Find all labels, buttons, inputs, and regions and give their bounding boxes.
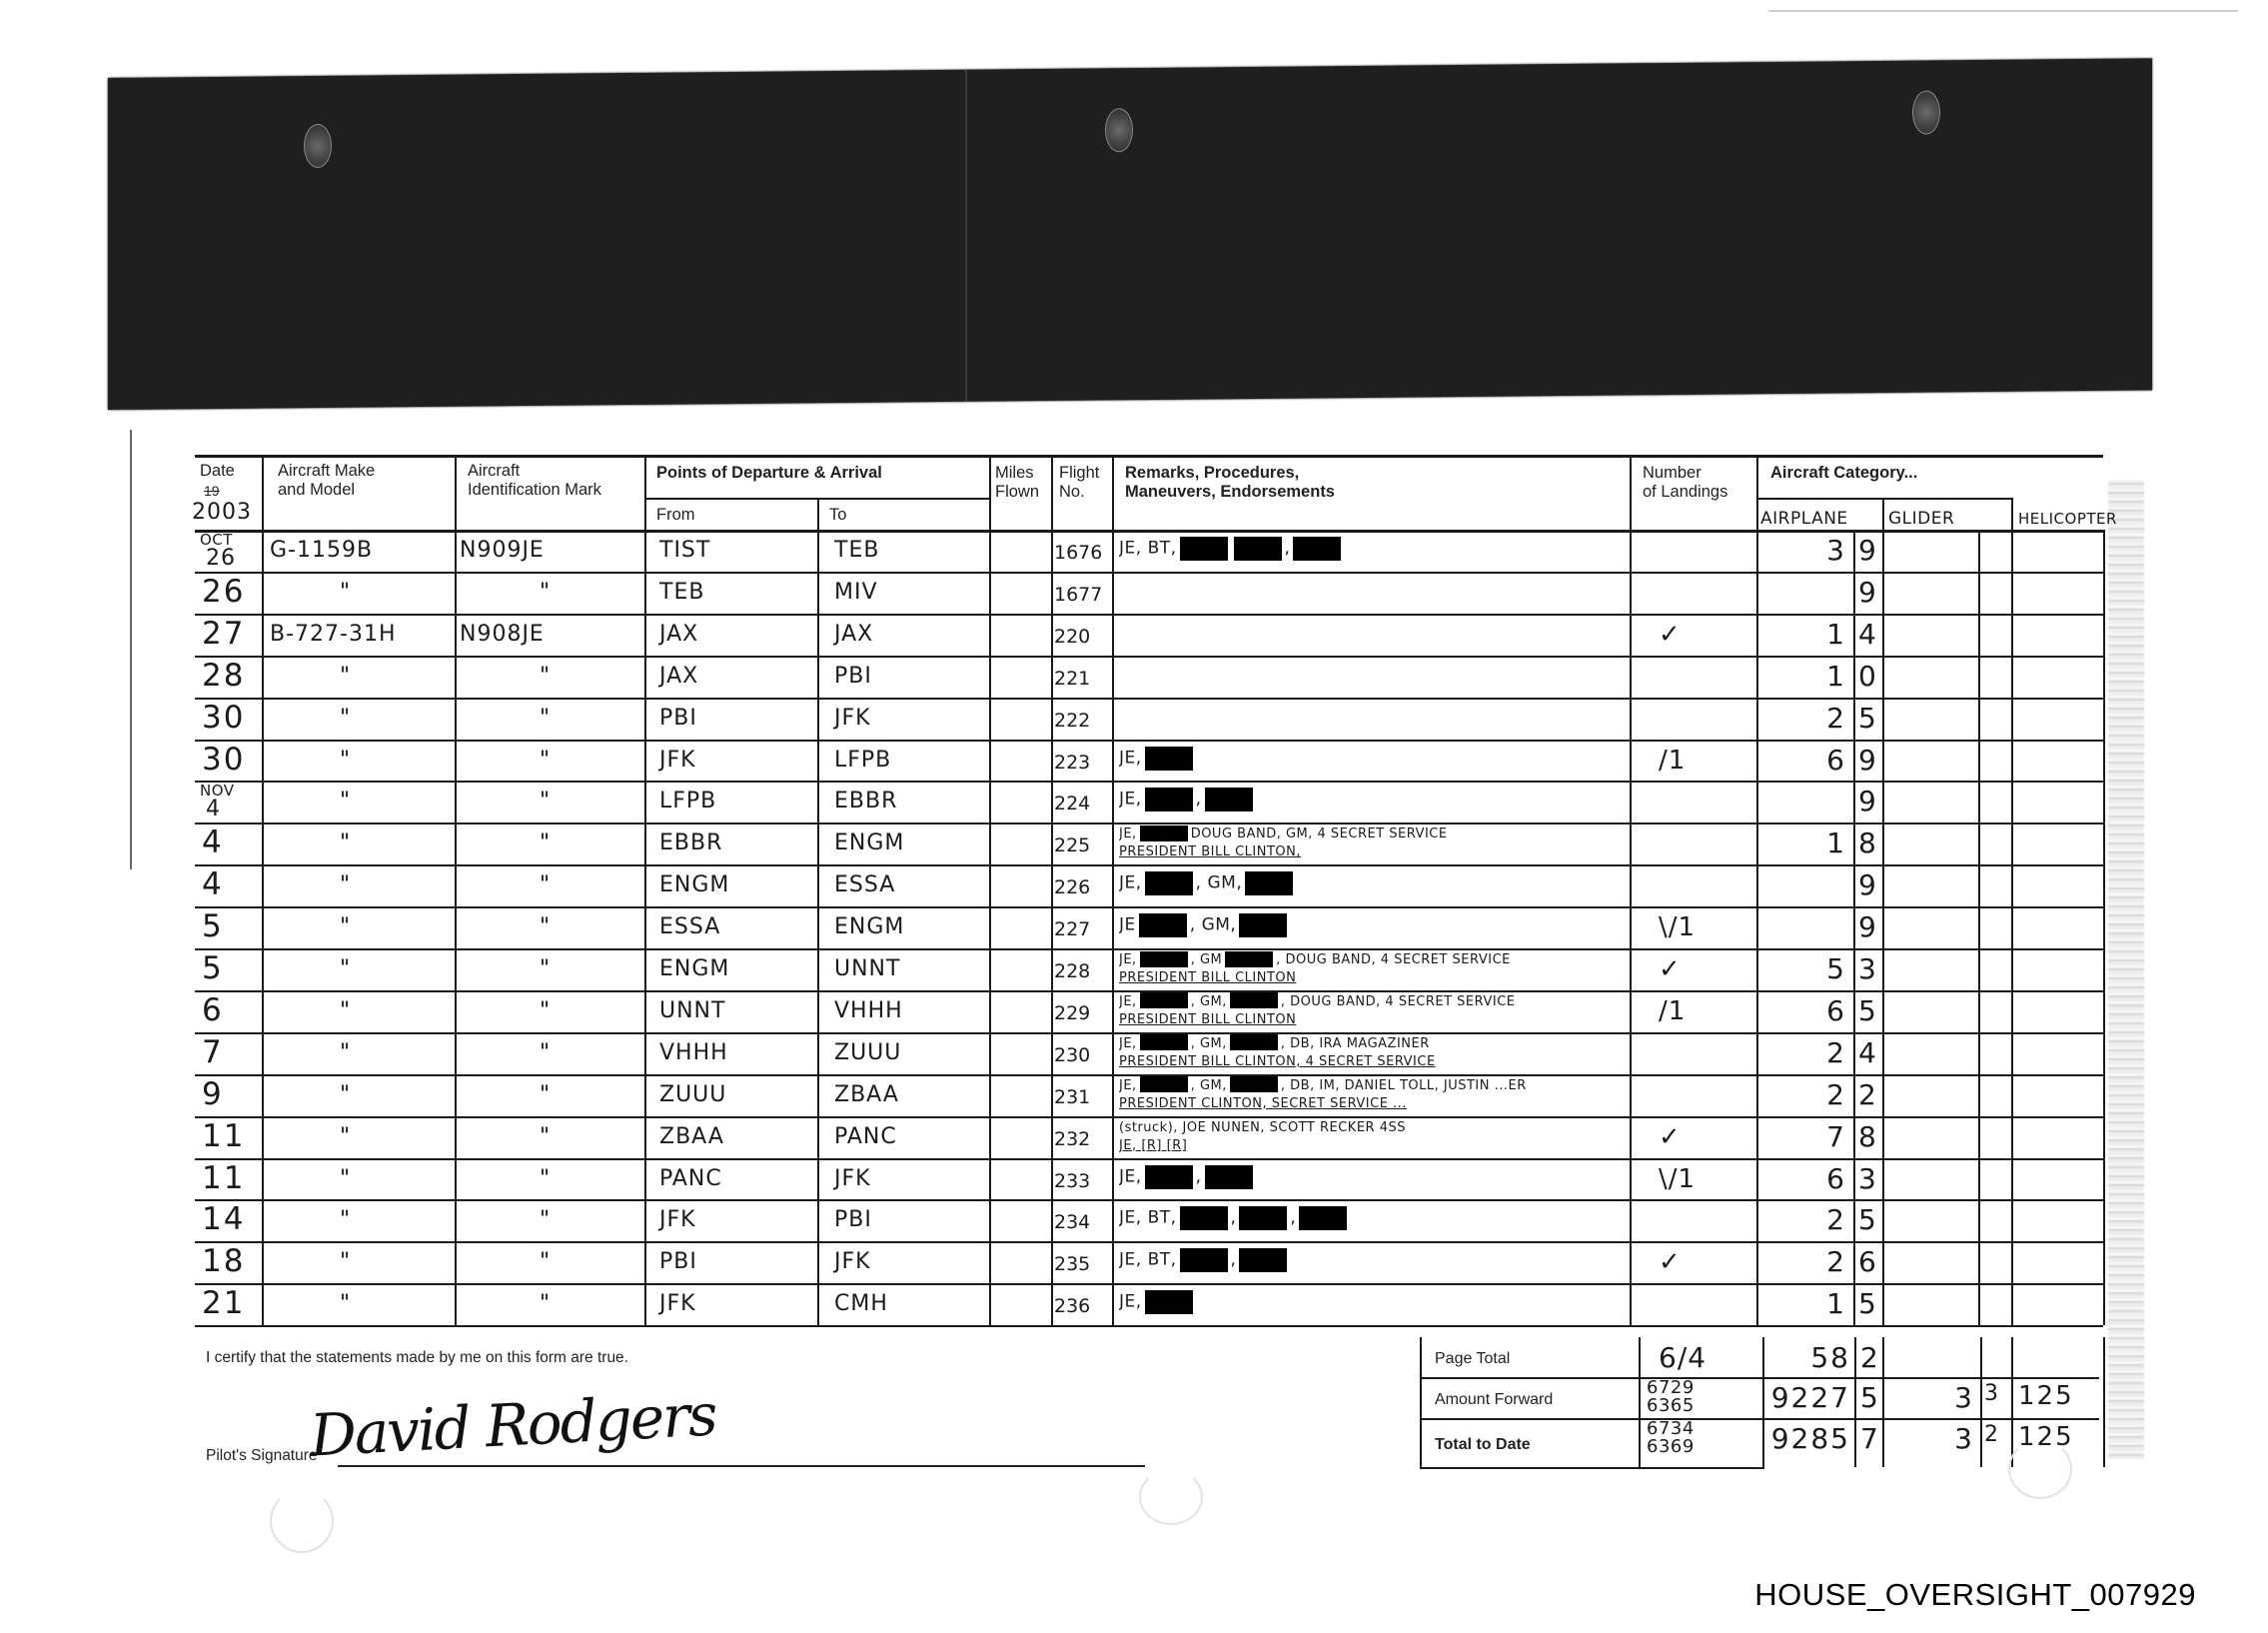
total-landings: 6/4 <box>1659 1341 1706 1374</box>
cell-landings: ✓ <box>1659 1247 1682 1277</box>
cell-ident-mark: " <box>540 872 551 897</box>
column-rule <box>1853 530 1855 1325</box>
redaction-block <box>1145 747 1193 771</box>
cell-airplane-tenths: 4 <box>1858 618 1878 651</box>
cell-airplane-tenths: 9 <box>1858 534 1878 567</box>
cell-airplane-hours: 2 <box>1758 1245 1846 1278</box>
totals-rule <box>1420 1337 1422 1467</box>
column-rule <box>1630 455 1632 1325</box>
header-make-model-1: Aircraft Make <box>278 462 375 481</box>
total-airplane-tenths: 2 <box>1860 1341 1880 1374</box>
cell-flight-no: 226 <box>1054 876 1090 898</box>
cell-to: JFK <box>834 1249 871 1274</box>
cell-date: 5 <box>202 950 224 986</box>
cell-from: EBBR <box>659 830 722 855</box>
header-remarks-2: Maneuvers, Endorsements <box>1125 483 1335 502</box>
total-airplane-hours: 9285 <box>1768 1422 1850 1455</box>
redaction-block <box>1293 537 1341 561</box>
cell-remarks: (struck), JOE NUNEN, SCOTT RECKER 4SSJE,… <box>1119 1117 1627 1155</box>
cell-from: JAX <box>659 622 698 647</box>
cell-to: CMH <box>834 1291 888 1316</box>
page-edge-shadow <box>2108 480 2144 1459</box>
cell-flight-no: 224 <box>1054 793 1090 815</box>
total-to-date-label: Total to Date <box>1435 1436 1531 1454</box>
total-glider-tenths: 2 <box>1984 1422 2000 1447</box>
cell-flight-no: 222 <box>1054 710 1090 732</box>
cell-ident-mark: " <box>540 830 551 855</box>
scan-artifact <box>2008 1439 2072 1499</box>
redaction-block <box>1239 913 1287 937</box>
cell-make-model: " <box>340 706 351 731</box>
cell-ident-mark: " <box>540 580 551 605</box>
redaction-block <box>1139 913 1187 937</box>
cell-remarks: JE, <box>1119 1290 1627 1314</box>
cell-ident-mark: " <box>540 789 551 814</box>
cell-make-model: " <box>340 914 351 939</box>
redaction-block <box>1234 537 1282 561</box>
cell-from: VHHH <box>659 1040 728 1065</box>
cell-date: 6 <box>202 992 224 1028</box>
cell-landings: /1 <box>1659 746 1686 776</box>
pilot-signature: David Rodgers <box>308 1380 717 1469</box>
cell-flight-no: 223 <box>1054 752 1090 774</box>
totals-rule <box>1762 1337 1764 1467</box>
header-points: Points of Departure & Arrival <box>656 464 882 483</box>
certification-text: I certify that the statements made by me… <box>206 1349 628 1367</box>
header-cat-helicopter: HELICOPTER <box>2018 510 2117 528</box>
cell-airplane-tenths: 5 <box>1858 1203 1878 1236</box>
column-rule <box>817 498 819 1325</box>
redaction-block <box>1140 1076 1188 1092</box>
redaction-block <box>1230 992 1278 1008</box>
header-remarks-1: Remarks, Procedures, <box>1125 464 1299 483</box>
cell-landings: /1 <box>1659 996 1686 1026</box>
cell-airplane-tenths: 9 <box>1858 785 1878 817</box>
row-rule <box>195 1283 2103 1285</box>
column-rule <box>2103 530 2105 1325</box>
cell-from: JFK <box>659 1291 696 1316</box>
cell-airplane-hours: 6 <box>1758 994 1846 1027</box>
cell-make-model: " <box>340 1291 351 1316</box>
redaction-block <box>1299 1206 1347 1230</box>
column-rule <box>262 455 264 1325</box>
amount-forward-label: Amount Forward <box>1435 1391 1553 1409</box>
cell-date: 26 <box>202 574 245 610</box>
redaction-block <box>1230 1076 1278 1092</box>
cell-to: PANC <box>834 1124 897 1149</box>
cell-airplane-hours: 6 <box>1758 1162 1846 1195</box>
totals-rule <box>2103 1337 2105 1467</box>
cell-make-model: G-1159B <box>270 538 373 563</box>
cell-airplane-hours: 7 <box>1758 1120 1846 1153</box>
column-rule <box>1051 455 1053 1325</box>
header-from: From <box>656 506 695 525</box>
cell-airplane-tenths: 9 <box>1858 910 1878 943</box>
cell-make-model: B-727-31H <box>270 622 397 647</box>
redaction-band <box>108 58 2152 410</box>
cell-from: ZUUU <box>659 1082 726 1107</box>
cell-to: EBBR <box>834 789 897 814</box>
row-rule <box>195 781 2103 783</box>
cell-make-model: " <box>340 1207 351 1232</box>
cell-make-model: " <box>340 1166 351 1191</box>
cell-airplane-tenths: 3 <box>1858 1162 1878 1195</box>
cell-make-model: " <box>340 1249 351 1274</box>
cell-from: TEB <box>659 580 704 605</box>
total-helicopter: 125 <box>2018 1381 2074 1411</box>
cell-remarks: JE,, GM,, DB, IRA MAGAZINERPRESIDENT BIL… <box>1119 1033 1627 1071</box>
cell-to: JFK <box>834 1166 871 1191</box>
cell-airplane-hours: 6 <box>1758 744 1846 777</box>
cell-from: PBI <box>659 1249 697 1274</box>
cell-airplane-tenths: 5 <box>1858 702 1878 735</box>
row-rule <box>195 1241 2103 1243</box>
cell-airplane-tenths: 2 <box>1858 1078 1878 1111</box>
punch-hole-icon <box>1105 108 1133 152</box>
cell-airplane-hours: 2 <box>1758 1036 1846 1069</box>
cell-from: PANC <box>659 1166 722 1191</box>
cell-date: 21 <box>202 1285 245 1321</box>
totals-rule <box>1420 1377 2099 1379</box>
total-glider-hours: 3 <box>1888 1422 1974 1455</box>
cell-remarks: JE,, <box>1119 788 1627 812</box>
scan-artifact <box>1139 1469 1203 1525</box>
cell-ident-mark: " <box>540 1040 551 1065</box>
row-rule <box>195 740 2103 742</box>
cell-make-model: " <box>340 1124 351 1149</box>
cell-make-model: " <box>340 1082 351 1107</box>
cell-landings: ✓ <box>1659 954 1682 984</box>
cell-airplane-tenths: 3 <box>1858 952 1878 985</box>
cell-from: UNNT <box>659 998 725 1023</box>
cell-to: ENGM <box>834 914 904 939</box>
row-rule <box>195 656 2103 658</box>
cell-ident-mark: N908JE <box>460 622 545 647</box>
cell-flight-no: 1677 <box>1054 584 1102 606</box>
cell-flight-no: 231 <box>1054 1086 1090 1108</box>
cell-make-model: " <box>340 1040 351 1065</box>
cell-date: 14 <box>202 1201 245 1237</box>
cell-airplane-hours: 2 <box>1758 1078 1846 1111</box>
redaction-block <box>1239 1206 1287 1230</box>
cell-airplane-tenths: 9 <box>1858 576 1878 609</box>
cell-make-model: " <box>340 748 351 773</box>
total-airplane-hours: 58 <box>1768 1341 1850 1374</box>
cell-flight-no: 1676 <box>1054 542 1102 564</box>
row-rule <box>195 1158 2103 1160</box>
row-rule <box>195 1325 2103 1327</box>
cell-airplane-hours: 5 <box>1758 952 1846 985</box>
cell-remarks: JE,, GM, DOUG BAND, 4 SECRET SERVICEPRES… <box>1119 949 1627 987</box>
column-rule <box>455 455 457 1325</box>
cell-to: PBI <box>834 664 872 689</box>
cell-remarks: JE, GM, <box>1119 913 1627 937</box>
row-rule <box>195 572 2103 574</box>
punch-hole-icon <box>1912 90 1940 134</box>
cell-airplane-tenths: 0 <box>1858 660 1878 693</box>
cell-airplane-hours: 1 <box>1758 660 1846 693</box>
cell-date: 28 <box>202 658 245 694</box>
cell-flight-no: 220 <box>1054 626 1090 648</box>
cell-date: 30 <box>202 742 245 778</box>
redaction-block <box>1180 1206 1228 1230</box>
totals-rule <box>2011 1337 2013 1467</box>
cell-ident-mark: " <box>540 664 551 689</box>
band-seam <box>965 70 967 402</box>
cell-to: ESSA <box>834 872 895 897</box>
cell-date: 9 <box>202 1076 224 1112</box>
cell-make-model: " <box>340 872 351 897</box>
header-category: Aircraft Category... <box>1770 464 1917 483</box>
cell-remarks: JE,, <box>1119 1165 1627 1189</box>
cell-from: JFK <box>659 748 696 773</box>
cell-from: LFPB <box>659 789 716 814</box>
cell-to: UNNT <box>834 956 900 981</box>
column-rule <box>989 455 991 1325</box>
header-cat-glider: GLIDER <box>1888 510 1954 528</box>
cell-to: JFK <box>834 706 871 731</box>
cell-make-model: " <box>340 664 351 689</box>
signature-label: Pilot's Signature <box>206 1447 318 1465</box>
cell-airplane-hours: 2 <box>1758 702 1846 735</box>
column-rule <box>1112 455 1114 1325</box>
column-rule <box>1978 530 1980 1325</box>
cell-from: TIST <box>659 538 710 563</box>
total-landings: 6369 <box>1647 1438 1695 1456</box>
cell-remarks: JE, BT,,, <box>1119 1206 1627 1230</box>
cell-remarks: JE, BT,, <box>1119 1248 1627 1272</box>
cell-airplane-tenths: 6 <box>1858 1245 1878 1278</box>
redaction-block <box>1145 1290 1193 1314</box>
cell-to: VHHH <box>834 998 903 1023</box>
cell-from: ESSA <box>659 914 720 939</box>
redaction-block <box>1180 537 1228 561</box>
cell-date: 7 <box>202 1034 224 1070</box>
cell-remarks: JE, BT,, <box>1119 537 1627 561</box>
cell-from: ENGM <box>659 872 729 897</box>
cell-make-model: " <box>340 830 351 855</box>
cell-date: 5 <box>202 908 224 944</box>
redaction-block <box>1140 825 1188 841</box>
cell-flight-no: 233 <box>1054 1170 1090 1192</box>
redaction-block <box>1145 1165 1193 1189</box>
cell-to: ZUUU <box>834 1040 901 1065</box>
redaction-block <box>1145 871 1193 895</box>
cell-date: 11 <box>202 1118 245 1154</box>
cell-remarks: JE,DOUG BAND, GM, 4 SECRET SERVICEPRESID… <box>1119 823 1627 861</box>
cell-airplane-tenths: 5 <box>1858 1287 1878 1320</box>
header-miles-1: Miles <box>995 464 1034 483</box>
redaction-block <box>1140 951 1188 967</box>
cell-make-model: " <box>340 956 351 981</box>
row-rule <box>195 864 2103 866</box>
header-to: To <box>829 506 846 525</box>
page-total-label: Page Total <box>1435 1350 1510 1368</box>
header-make-model-2: and Model <box>278 481 355 500</box>
cell-flight-no: 235 <box>1054 1253 1090 1275</box>
row-rule <box>195 614 2103 616</box>
total-landings: 6365 <box>1647 1397 1695 1415</box>
cell-flight-no: 221 <box>1054 668 1090 690</box>
header-bottom-rule <box>195 530 2103 533</box>
cell-ident-mark: " <box>540 748 551 773</box>
header-landings-1: Number <box>1643 464 1701 483</box>
redaction-block <box>1140 1034 1188 1050</box>
cell-airplane-hours: 1 <box>1758 1287 1846 1320</box>
cell-to: ENGM <box>834 830 904 855</box>
header-cat-airplane: AIRPLANE <box>1760 510 1848 528</box>
redaction-block <box>1225 951 1273 967</box>
bates-number: HOUSE_OVERSIGHT_007929 <box>1754 1577 2196 1613</box>
header-flight-2: No. <box>1059 483 1085 502</box>
cell-airplane-tenths: 9 <box>1858 868 1878 901</box>
total-airplane-tenths: 7 <box>1860 1422 1880 1455</box>
cell-airplane-hours: 1 <box>1758 826 1846 859</box>
cell-date: 4 <box>202 866 224 902</box>
cell-ident-mark: " <box>540 998 551 1023</box>
header-flight-1: Flight <box>1059 464 1099 483</box>
cell-flight-no: 236 <box>1054 1295 1090 1317</box>
cell-airplane-hours: 2 <box>1758 1203 1846 1236</box>
redaction-block <box>1140 992 1188 1008</box>
table-top-rule <box>195 455 2103 458</box>
totals-rule <box>1882 1337 1884 1467</box>
cell-airplane-tenths: 4 <box>1858 1036 1878 1069</box>
header-year-written: 2003 <box>192 500 252 525</box>
cell-date: 4 <box>206 797 221 821</box>
cell-ident-mark: " <box>540 956 551 981</box>
redaction-block <box>1245 871 1293 895</box>
cell-airplane-tenths: 8 <box>1858 1120 1878 1153</box>
cell-to: TEB <box>834 538 879 563</box>
cell-landings: \/1 <box>1659 1164 1696 1194</box>
row-rule <box>195 698 2103 700</box>
cell-ident-mark: N909JE <box>460 538 545 563</box>
total-glider-tenths: 3 <box>1984 1381 2000 1406</box>
cell-remarks: JE,, GM,, DOUG BAND, 4 SECRET SERVICEPRE… <box>1119 991 1627 1029</box>
cell-flight-no: 230 <box>1054 1044 1090 1066</box>
cell-airplane-hours: 1 <box>1758 618 1846 651</box>
cell-date: 27 <box>202 616 245 652</box>
cell-to: ZBAA <box>834 1082 899 1107</box>
cell-date: 4 <box>202 824 224 860</box>
cell-to: MIV <box>834 580 878 605</box>
cell-flight-no: 227 <box>1054 918 1090 940</box>
header-ident-1: Aircraft <box>468 462 520 481</box>
row-rule <box>195 1199 2103 1201</box>
cell-flight-no: 228 <box>1054 960 1090 982</box>
cell-remarks: JE,, GM,, DB, IM, DANIEL TOLL, JUSTIN ..… <box>1119 1075 1627 1113</box>
cell-ident-mark: " <box>540 1082 551 1107</box>
header-miles-2: Flown <box>995 483 1039 502</box>
cell-date: 18 <box>202 1243 245 1279</box>
header-date: Date <box>200 462 235 481</box>
total-airplane-hours: 9227 <box>1768 1381 1850 1414</box>
totals-rule <box>1420 1418 2099 1420</box>
total-glider-hours: 3 <box>1888 1381 1974 1414</box>
header-ident-2: Identification Mark <box>468 481 601 500</box>
column-rule <box>644 455 646 1325</box>
cell-flight-no: 234 <box>1054 1211 1090 1233</box>
cell-from: ENGM <box>659 956 729 981</box>
cell-make-model: " <box>340 998 351 1023</box>
punch-hole-icon <box>304 124 332 168</box>
cell-to: PBI <box>834 1207 872 1232</box>
scan-artifact <box>1768 10 2238 12</box>
cell-from: JFK <box>659 1207 696 1232</box>
cell-ident-mark: " <box>540 1166 551 1191</box>
row-rule <box>195 906 2103 908</box>
cell-date: 26 <box>206 546 236 571</box>
cell-airplane-tenths: 8 <box>1858 826 1878 859</box>
cell-ident-mark: " <box>540 1124 551 1149</box>
page-edge <box>130 430 132 869</box>
cell-from: PBI <box>659 706 697 731</box>
cell-make-model: " <box>340 580 351 605</box>
cell-ident-mark: " <box>540 1249 551 1274</box>
cell-from: JAX <box>659 664 698 689</box>
total-airplane-tenths: 5 <box>1860 1381 1880 1414</box>
redaction-block <box>1180 1248 1228 1272</box>
cell-airplane-tenths: 9 <box>1858 744 1878 777</box>
cell-date: 30 <box>202 700 245 736</box>
totals-rule <box>1980 1337 1982 1467</box>
cell-flight-no: 229 <box>1054 1002 1090 1024</box>
totals-rule <box>1420 1467 1764 1469</box>
header-year-printed: 19 <box>204 482 220 501</box>
cell-ident-mark: " <box>540 706 551 731</box>
cell-ident-mark: " <box>540 914 551 939</box>
cell-to: JAX <box>834 622 873 647</box>
totals-rule <box>1854 1337 1856 1467</box>
redaction-block <box>1205 788 1253 812</box>
scan-artifact <box>270 1489 334 1553</box>
cell-flight-no: 225 <box>1054 834 1090 856</box>
column-rule <box>1882 498 1884 1325</box>
cell-landings: ✓ <box>1659 1122 1682 1152</box>
redaction-block <box>1145 788 1193 812</box>
redaction-block <box>1239 1248 1287 1272</box>
cell-remarks: JE,, GM, <box>1119 871 1627 895</box>
redaction-block <box>1230 1034 1278 1050</box>
cell-landings: ✓ <box>1659 620 1682 650</box>
column-rule <box>2011 498 2013 1325</box>
cell-date: 11 <box>202 1160 245 1196</box>
header-landings-2: of Landings <box>1643 483 1727 502</box>
cell-flight-no: 232 <box>1054 1128 1090 1150</box>
cell-from: ZBAA <box>659 1124 724 1149</box>
cell-airplane-hours: 3 <box>1758 534 1846 567</box>
signature-line <box>338 1465 1145 1467</box>
cell-remarks: JE, <box>1119 747 1627 771</box>
totals-rule <box>1639 1337 1641 1467</box>
cell-to: LFPB <box>834 748 891 773</box>
cell-ident-mark: " <box>540 1207 551 1232</box>
redaction-block <box>1205 1165 1253 1189</box>
cell-airplane-tenths: 5 <box>1858 994 1878 1027</box>
cell-make-model: " <box>340 789 351 814</box>
cell-ident-mark: " <box>540 1291 551 1316</box>
cell-landings: \/1 <box>1659 912 1696 942</box>
